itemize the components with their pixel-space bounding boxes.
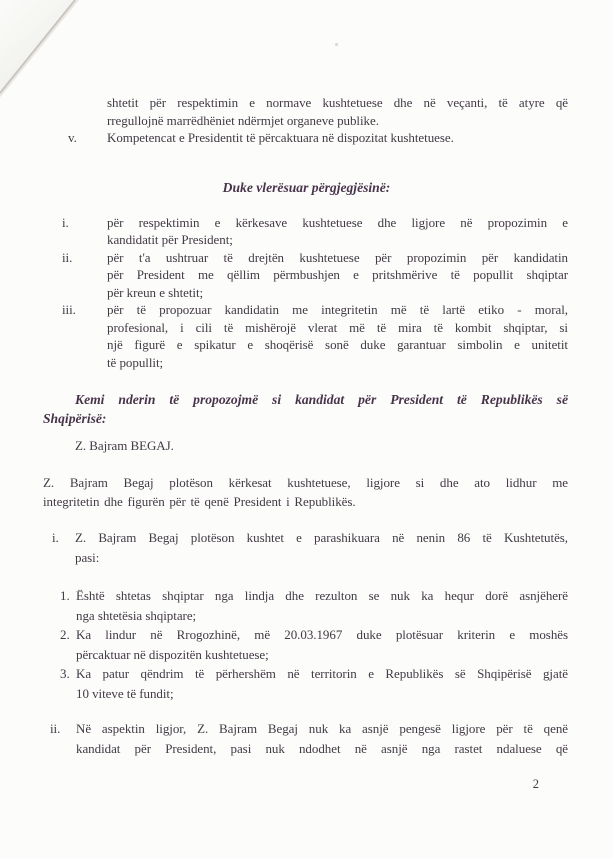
list-marker: i. [62, 214, 107, 249]
scanned-document-page: shtetit për respektimin e normave kushte… [0, 0, 613, 858]
section-heading: Duke vlerësuar përgjegjësinë: [0, 179, 613, 197]
list-marker: ii. [62, 249, 107, 302]
list-marker: v. [68, 129, 107, 147]
text-line: të popullit; [107, 354, 568, 372]
list-item-text: Ka patur qëndrim të përhershëm në territ… [76, 664, 568, 703]
text-line: Kemi nderin të propozojmë si kandidat pë… [43, 390, 568, 409]
page-number: 2 [533, 775, 539, 794]
intro-continuation-paragraph: shtetit për respektimin e normave kushte… [107, 94, 568, 129]
text-line: rregullojnë marrëdhëniet ndërmjet organe… [107, 112, 568, 130]
list-item-text: Ka lindur në Rrogozhinë, më 20.03.1967 d… [76, 625, 568, 664]
list-marker: iii. [62, 301, 107, 371]
text-line: Shqipërisë: [43, 409, 568, 428]
consideration-item-ii: ii. për t'a ushtruar të drejtën kushtetu… [62, 249, 568, 302]
criteria-item-ii: ii. Në aspektin ligjor, Z. Bajram Begaj … [50, 719, 568, 759]
list-item-v: v. Kompetencat e Presidentit të përcaktu… [68, 129, 568, 147]
criteria-item-i: i. Z. Bajram Begaj plotëson kushtet e pa… [52, 528, 568, 567]
text-line: Në aspektin ligjor, Z. Bajram Begaj nuk … [76, 719, 568, 739]
text-line: përcaktuar në dispozitën kushtetuese; [76, 645, 568, 665]
list-item-text: për të propozuar kandidatin me integrite… [107, 301, 568, 371]
text-line: për të propozuar kandidatin me integrite… [107, 301, 568, 319]
text-line: për President me qëllim përmbushjen e pr… [107, 266, 568, 284]
text-line: Kompetencat e Presidentit të përcaktuara… [107, 129, 568, 147]
list-item-text: për respektimin e kërkesave kushtetuese … [107, 214, 568, 249]
list-item-text: për t'a ushtruar të drejtën kushtetuese … [107, 249, 568, 302]
condition-item-1: 1. Është shtetas shqiptar nga lindja dhe… [60, 586, 568, 625]
text-line: Është shtetas shqiptar nga lindja dhe re… [76, 586, 568, 606]
condition-item-2: 2. Ka lindur në Rrogozhinë, më 20.03.196… [60, 625, 568, 664]
text-line: Ka lindur në Rrogozhinë, më 20.03.1967 d… [76, 625, 568, 645]
list-item-text: Në aspektin ligjor, Z. Bajram Begaj nuk … [76, 719, 568, 759]
text-line: për t'a ushtruar të drejtën kushtetuese … [107, 249, 568, 267]
list-marker: i. [52, 528, 75, 567]
text-line: profesional, i cili të mishërojë vlerat … [107, 319, 568, 337]
text-line: kandidat për President, pasi nuk ndodhet… [76, 739, 568, 759]
list-marker: 3. [60, 664, 76, 703]
text-line: Ka patur qëndrim të përhershëm në territ… [76, 664, 568, 684]
condition-item-3: 3. Ka patur qëndrim të përhershëm në ter… [60, 664, 568, 703]
text-line: për kreun e shtetit; [107, 284, 568, 302]
list-item-text: Kompetencat e Presidentit të përcaktuara… [107, 129, 568, 147]
list-marker: 2. [60, 625, 76, 664]
list-marker: 1. [60, 586, 76, 625]
folded-corner-artifact [0, 0, 95, 125]
text-line: për respektimin e kërkesave kushtetuese … [107, 214, 568, 232]
text-line: Z. Bajram Begaj plotëson kërkesat kushte… [43, 473, 568, 492]
consideration-item-i: i. për respektimin e kërkesave kushtetue… [62, 214, 568, 249]
scan-speck-artifact [335, 43, 338, 46]
text-line: pasi: [75, 548, 568, 568]
text-line: kandidatit për President; [107, 231, 568, 249]
text-line: Z. Bajram Begaj plotëson kushtet e paras… [75, 528, 568, 548]
list-marker: ii. [50, 719, 76, 759]
text-line: integritetin dhe figurën për të qenë Pre… [43, 492, 568, 511]
text-line: 10 viteve të fundit; [76, 684, 568, 704]
qualification-paragraph: Z. Bajram Begaj plotëson kërkesat kushte… [43, 473, 568, 511]
proposal-statement: Kemi nderin të propozojmë si kandidat pë… [43, 390, 568, 428]
text-line: shtetit për respektimin e normave kushte… [107, 94, 568, 112]
text-line: një figurë e spikatur e shoqërisë sonë d… [107, 336, 568, 354]
consideration-item-iii: iii. për të propozuar kandidatin me inte… [62, 301, 568, 371]
text-line: nga shtetësia shqiptare; [76, 606, 568, 626]
candidate-name: Z. Bajram BEGAJ. [75, 436, 613, 455]
list-item-text: Z. Bajram Begaj plotëson kushtet e paras… [75, 528, 568, 567]
list-item-text: Është shtetas shqiptar nga lindja dhe re… [76, 586, 568, 625]
